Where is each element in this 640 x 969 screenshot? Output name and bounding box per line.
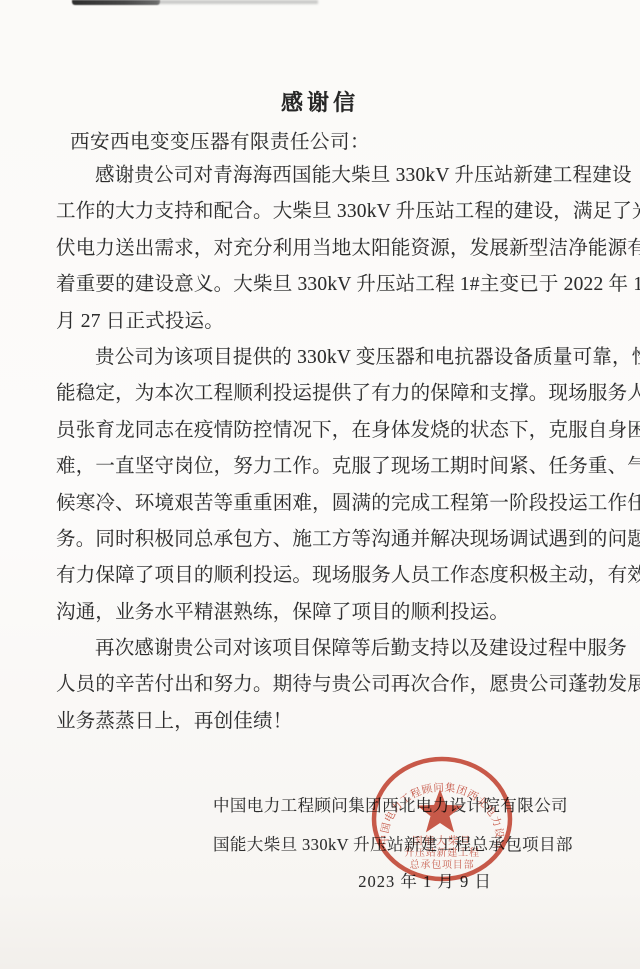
seal-inner-line-2: 升压站新建工程 [404, 846, 480, 859]
body-line: 伏电力送出需求，对充分利用当地太阳能资源，发展新型洁净能源有 [56, 231, 586, 267]
body-text: 感谢贵公司对青海海西国能大柴旦 330kV 升压站新建工程建设工作的大力支持和配… [56, 158, 586, 740]
body-line: 难，一直坚守岗位，努力工作。克服了现场工期时间紧、任务重、气 [56, 449, 586, 485]
letter-title: 感谢信 [0, 86, 640, 117]
body-line: 务。同时积极同总承包方、施工方等沟通并解决现场调试遇到的问题， [56, 522, 586, 558]
seal-inner-line-1: 国能大柴旦 [412, 834, 472, 847]
scan-smudge-faint [158, 0, 318, 4]
body-line: 候寒冷、环境艰苦等重重困难，圆满的完成工程第一阶段投运工作任 [56, 486, 586, 522]
body-line: 能稳定，为本次工程顺利投运提供了有力的保障和支撑。现场服务人 [56, 376, 586, 412]
body-line: 人员的辛苦付出和努力。期待与贵公司再次合作，愿贵公司蓬勃发展， [56, 667, 586, 703]
official-seal: 中国电力工程顾问集团西北电力设计院有限公司 国能大柴旦 升压站新建工程 总承包项… [367, 753, 517, 889]
seal-inner-line-3: 总承包项目部 [410, 858, 475, 871]
body-line: 着重要的建设意义。大柴旦 330kV 升压站工程 1#主变已于 2022 年 1… [56, 267, 586, 303]
body-line: 员张育龙同志在疫情防控情况下，在身体发烧的状态下，克服自身困 [56, 413, 586, 449]
body-line: 月 27 日正式投运。 [56, 304, 586, 340]
letter-salutation: 西安西电变变压器有限责任公司： [70, 126, 370, 154]
scanned-letter-page: 感谢信 西安西电变变压器有限责任公司： 感谢贵公司对青海海西国能大柴旦 330k… [0, 0, 640, 969]
body-line: 感谢贵公司对青海海西国能大柴旦 330kV 升压站新建工程建设 [56, 158, 586, 194]
scan-smudge-dark [72, 0, 160, 5]
body-line: 再次感谢贵公司对该项目保障等后勤支持以及建设过程中服务 [56, 631, 586, 667]
body-line: 沟通，业务水平精湛熟练，保障了项目的顺利投运。 [56, 595, 586, 631]
body-line: 贵公司为该项目提供的 330kV 变压器和电抗器设备质量可靠，性 [56, 340, 586, 376]
body-line: 有力保障了项目的顺利投运。现场服务人员工作态度积极主动，有效 [56, 558, 586, 594]
body-line: 业务蒸蒸日上，再创佳绩！ [56, 704, 586, 740]
body-line: 工作的大力支持和配合。大柴旦 330kV 升压站工程的建设，满足了光 [56, 194, 586, 230]
